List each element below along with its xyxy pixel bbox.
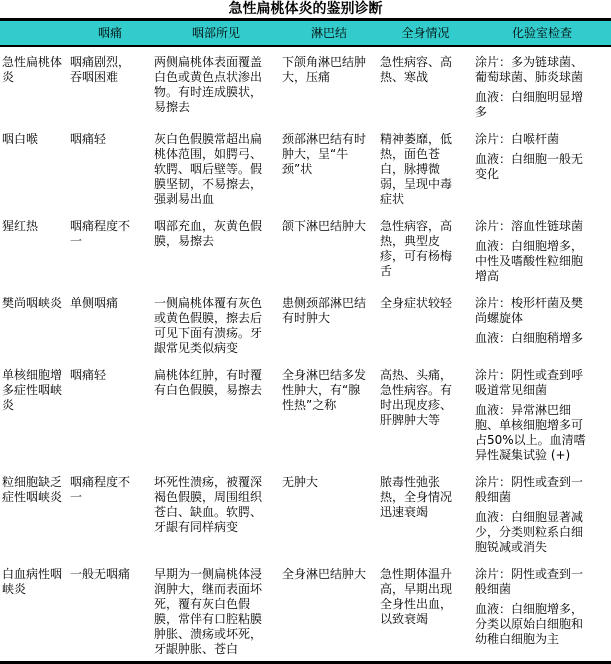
lab-paragraph: 涂片：阴性或查到一般细菌	[475, 567, 591, 597]
table-row: 猩红热咽痛程度不一咽部充血，灰黄色假膜，易擦去颌下淋巴结肿大急性病容，高热，典型…	[0, 211, 611, 288]
disease-name-cell: 白血病性咽峡炎	[0, 559, 68, 663]
pharynx-findings-cell: 早期为一侧扁桃体浸润肿大，继而表面坏死，覆有灰白色假膜，常伴有口腔粘膜肿胀、溃疡…	[152, 559, 280, 663]
column-header-systemic: 全身情况	[378, 20, 473, 47]
table-row: 樊尚咽峡炎单侧咽痛一侧扁桃体覆有灰色或黄色假膜，擦去后可见下面有溃疡。牙龈常见类…	[0, 288, 611, 360]
sore-throat-cell: 咽痛程度不一	[68, 211, 152, 288]
differential-diagnosis-table: 咽痛 咽部所见 淋巴结 全身情况 化验室检查 急性扁桃体炎咽痛剧烈，吞咽困难两侧…	[0, 18, 611, 664]
table-row: 急性扁桃体炎咽痛剧烈，吞咽困难两侧扁桃体表面覆盖白色或黄色点状渗出物。有时连成膜…	[0, 46, 611, 124]
disease-name-cell: 粒细胞缺乏症性咽峡炎	[0, 467, 68, 559]
pharynx-findings-cell: 灰白色假膜常超出扁桃体范围，如腭弓、软腭、咽后壁等。假膜坚韧，不易擦去，强剥易出…	[152, 124, 280, 211]
sore-throat-cell: 一般无咽痛	[68, 559, 152, 663]
systemic-condition-cell: 急性病容，高热，典型皮疹，可有杨梅舌	[378, 211, 473, 288]
lab-tests-cell: 涂片：白喉杆菌血液：白细胞一般无变化	[473, 124, 611, 211]
pharynx-findings-cell: 一侧扁桃体覆有灰色或黄色假膜，擦去后可见下面有溃疡。牙龈常见类似病变	[152, 288, 280, 360]
lab-tests-cell: 涂片：阴性或查到一般细菌血液：白细胞显著减少，分类则粒系白细胞锐减或消失	[473, 467, 611, 559]
column-header-disease	[0, 20, 68, 47]
lymph-nodes-cell: 无肿大	[280, 467, 378, 559]
lab-paragraph: 涂片：白喉杆菌	[475, 132, 591, 147]
table-row: 咽白喉咽痛轻灰白色假膜常超出扁桃体范围，如腭弓、软腭、咽后壁等。假膜坚韧，不易擦…	[0, 124, 611, 211]
sore-throat-cell: 咽痛程度不一	[68, 467, 152, 559]
pharynx-findings-cell: 坏死性溃疡，被覆深褐色假膜，周围组织苍白、缺血。软腭、牙龈有同样病变	[152, 467, 280, 559]
lymph-nodes-cell: 患侧颈部淋巴结有时肿大	[280, 288, 378, 360]
systemic-condition-cell: 脓毒性弛张热，全身情况迅速衰竭	[378, 467, 473, 559]
page-title: 急性扁桃体炎的鉴别诊断	[0, 0, 611, 18]
disease-name-cell: 猩红热	[0, 211, 68, 288]
lab-paragraph: 血液：白细胞显著减少，分类则粒系白细胞锐减或消失	[475, 510, 591, 555]
sore-throat-cell: 咽痛剧烈，吞咽困难	[68, 46, 152, 124]
column-header-pharynx-findings: 咽部所见	[152, 20, 280, 47]
lymph-nodes-cell: 全身淋巴结肿大	[280, 559, 378, 663]
table-header-row: 咽痛 咽部所见 淋巴结 全身情况 化验室检查	[0, 20, 611, 47]
table-row: 粒细胞缺乏症性咽峡炎咽痛程度不一坏死性溃疡，被覆深褐色假膜，周围组织苍白、缺血。…	[0, 467, 611, 559]
sore-throat-cell: 咽痛轻	[68, 360, 152, 467]
lab-tests-cell: 涂片：阴性或查到呼吸道常见细菌血液：异常淋巴细胞、单核细胞增多可占50%以上。血…	[473, 360, 611, 467]
pharynx-findings-cell: 扁桃体红肿，有时覆有白色假膜，易擦去	[152, 360, 280, 467]
lab-paragraph: 涂片：多为链球菌、葡萄球菌、肺炎球菌	[475, 55, 591, 85]
lab-tests-cell: 涂片：阴性或查到一般细菌血液：白细胞增多，分类以原始白细胞和幼稚白细胞为主	[473, 559, 611, 663]
page: 急性扁桃体炎的鉴别诊断 咽痛 咽部所见 淋巴结 全身情况 化验室检查 急性扁桃体…	[0, 0, 611, 664]
systemic-condition-cell: 精神萎靡，低热，面色苍白，脉搏微弱，呈现中毒症状	[378, 124, 473, 211]
sore-throat-cell: 咽痛轻	[68, 124, 152, 211]
lab-tests-cell: 涂片：多为链球菌、葡萄球菌、肺炎球菌血液：白细胞明显增多	[473, 46, 611, 124]
lab-paragraph: 血液：白细胞明显增多	[475, 90, 591, 120]
lab-paragraph: 血液：白细胞增多，中性及嗜酸性粒细胞增高	[475, 239, 591, 284]
lab-paragraph: 涂片：阴性或查到一般细菌	[475, 475, 591, 505]
table-row: 单核细胞增多症性咽峡炎咽痛轻扁桃体红肿，有时覆有白色假膜，易擦去全身淋巴结多发性…	[0, 360, 611, 467]
disease-name-cell: 咽白喉	[0, 124, 68, 211]
systemic-condition-cell: 急性病容、高热、寒战	[378, 46, 473, 124]
table-row: 白血病性咽峡炎一般无咽痛早期为一侧扁桃体浸润肿大，继而表面坏死，覆有灰白色假膜，…	[0, 559, 611, 663]
pharynx-findings-cell: 两侧扁桃体表面覆盖白色或黄色点状渗出物。有时连成膜状，易擦去	[152, 46, 280, 124]
lymph-nodes-cell: 下颌角淋巴结肿大，压痛	[280, 46, 378, 124]
lymph-nodes-cell: 颈部淋巴结有时肿大，呈“牛颈”状	[280, 124, 378, 211]
table-body: 急性扁桃体炎咽痛剧烈，吞咽困难两侧扁桃体表面覆盖白色或黄色点状渗出物。有时连成膜…	[0, 46, 611, 663]
lab-paragraph: 血液：白细胞稍增多	[475, 331, 591, 346]
disease-name-cell: 急性扁桃体炎	[0, 46, 68, 124]
lymph-nodes-cell: 颌下淋巴结肿大	[280, 211, 378, 288]
pharynx-findings-cell: 咽部充血，灰黄色假膜，易擦去	[152, 211, 280, 288]
lab-paragraph: 涂片：阴性或查到呼吸道常见细菌	[475, 368, 591, 398]
column-header-sore-throat: 咽痛	[68, 20, 152, 47]
column-header-lymph-nodes: 淋巴结	[280, 20, 378, 47]
systemic-condition-cell: 急性期体温升高，早期出现全身性出血，以致衰竭	[378, 559, 473, 663]
column-header-lab: 化验室检查	[473, 20, 611, 47]
lymph-nodes-cell: 全身淋巴结多发性肿大，有“腺性热”之称	[280, 360, 378, 467]
lab-paragraph: 涂片：梭形杆菌及樊尚螺旋体	[475, 296, 591, 326]
systemic-condition-cell: 高热、头痛，急性病容。有时出现皮疹、肝脾肿大等	[378, 360, 473, 467]
lab-paragraph: 血液：白细胞一般无变化	[475, 152, 591, 182]
lab-paragraph: 血液：异常淋巴细胞、单核细胞增多可占50%以上。血清嗜异性凝集试验 (+)	[475, 403, 591, 463]
lab-paragraph: 涂片：溶血性链球菌	[475, 219, 591, 234]
lab-paragraph: 血液：白细胞增多，分类以原始白细胞和幼稚白细胞为主	[475, 602, 591, 647]
disease-name-cell: 樊尚咽峡炎	[0, 288, 68, 360]
sore-throat-cell: 单侧咽痛	[68, 288, 152, 360]
lab-tests-cell: 涂片：梭形杆菌及樊尚螺旋体血液：白细胞稍增多	[473, 288, 611, 360]
lab-tests-cell: 涂片：溶血性链球菌血液：白细胞增多，中性及嗜酸性粒细胞增高	[473, 211, 611, 288]
disease-name-cell: 单核细胞增多症性咽峡炎	[0, 360, 68, 467]
systemic-condition-cell: 全身症状较轻	[378, 288, 473, 360]
